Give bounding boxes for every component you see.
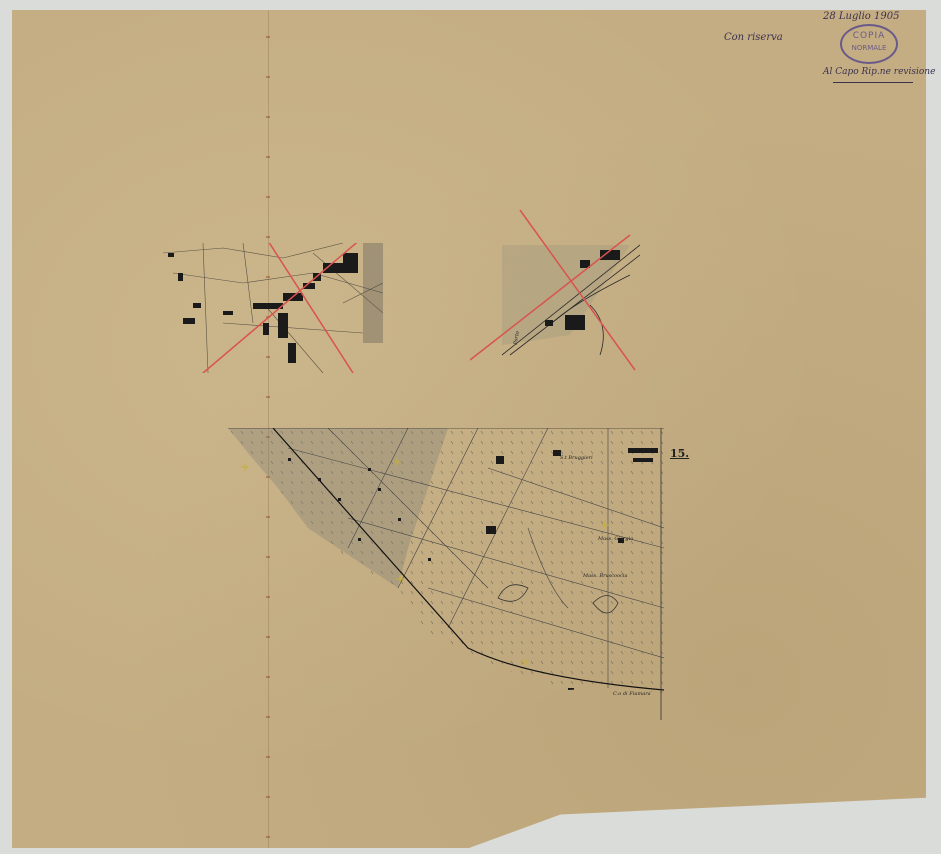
sheet-number: 15. <box>670 447 689 460</box>
registration-mark: + <box>520 655 530 669</box>
approval-note: Al Capo Rip.ne revisione <box>823 67 935 77</box>
main-map: Mass. Giorgio Mass. Bruscoocia C.o di Fi… <box>228 428 664 720</box>
registration-mark: + <box>395 572 405 586</box>
label-mass-giorgio: Mass. Giorgio <box>598 536 633 542</box>
copy-stamp: COPIA NORMALE <box>840 24 898 64</box>
registration-mark: + <box>600 518 610 532</box>
inset-map-1 <box>163 243 383 373</box>
label-fiumara: C.o di Fiumara <box>613 691 651 697</box>
inset-map-2: Porto <box>470 205 640 375</box>
label-bruggieri: S.t Bruggieri <box>560 455 593 461</box>
stamp-line-2: NORMALE <box>842 42 896 54</box>
registration-mark: + <box>392 455 402 469</box>
label-mass-bruscoocia: Mass. Bruscoocia <box>583 573 627 579</box>
registration-mark: + <box>240 460 250 474</box>
reserve-note: Con riserva <box>724 32 783 43</box>
stamp-line-1: COPIA <box>842 30 896 42</box>
date-note: 28 Luglio 1905 <box>823 11 899 22</box>
signature <box>833 82 913 83</box>
